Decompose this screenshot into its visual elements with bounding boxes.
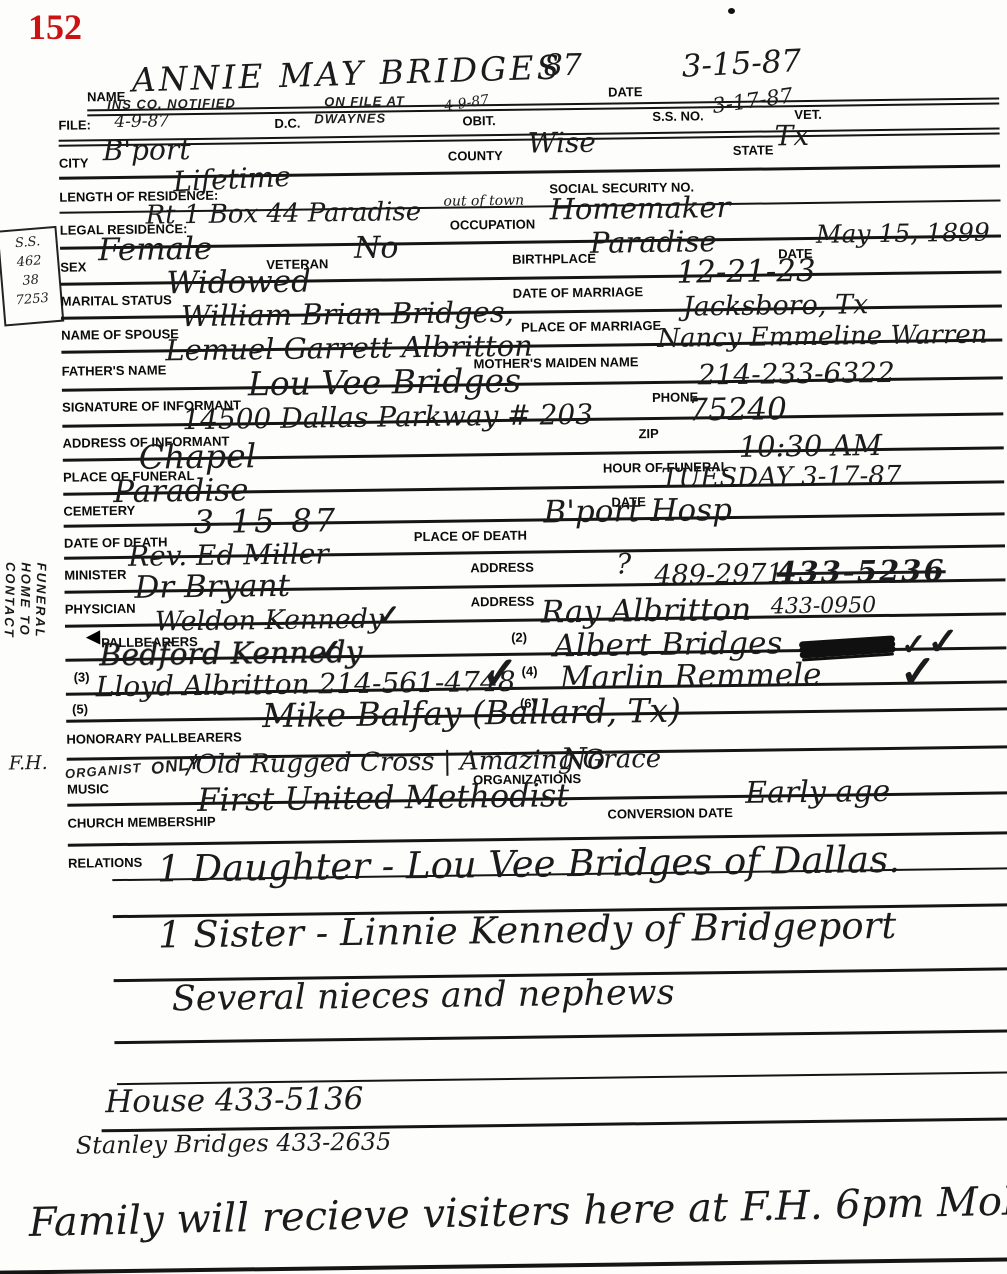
field-relations-label: RELATIONS bbox=[68, 855, 142, 871]
margin-fh-note: F.H. bbox=[9, 754, 48, 774]
field-state-label: STATE bbox=[733, 142, 774, 158]
field-city-value: B'port bbox=[103, 136, 191, 165]
pallbearer-3-number: (3) bbox=[74, 669, 90, 684]
field-marriage-place-value: Jacksboro, Tx bbox=[683, 291, 869, 320]
field-city-label: CITY bbox=[59, 155, 89, 170]
field-marriage-date-label: DATE OF MARRIAGE bbox=[513, 284, 644, 301]
field-marital-value: Widowed bbox=[166, 266, 311, 299]
pallbearer-2-number: (2) bbox=[511, 630, 527, 645]
field-father-label: FATHER'S NAME bbox=[62, 362, 167, 378]
field-birthplace-label: BIRTHPLACE bbox=[512, 251, 596, 267]
field-conversion-value: Early age bbox=[745, 777, 890, 809]
field-residence-value: Lifetime bbox=[173, 163, 292, 197]
field-date-label: DATE bbox=[608, 84, 643, 99]
margin-ss-number-box: S.S. 462 38 7253 bbox=[0, 226, 64, 327]
field-phone-value: 214-233-6322 bbox=[698, 359, 895, 390]
field-marriage-date-value: 12-21-23 bbox=[676, 256, 816, 289]
field-death-place-label: PLACE OF DEATH bbox=[414, 528, 527, 544]
field-zip-label: ZIP bbox=[638, 426, 658, 441]
field-honorary-value: Mike Balfay (Ballard, Tx) bbox=[262, 694, 681, 732]
margin-ss-line: 7253 bbox=[4, 288, 61, 311]
field-church-value: First United Methodist bbox=[197, 779, 569, 816]
field-minister-label: MINISTER bbox=[64, 567, 126, 583]
field-marital-label: MARITAL STATUS bbox=[61, 292, 172, 308]
scanned-record-card: 152 S.S. 462 38 7253 FUNERAL HOME TO CON… bbox=[0, 0, 1007, 1274]
field-birthplace-value: Paradise bbox=[590, 227, 717, 258]
field-occupation-label: OCCUPATION bbox=[450, 217, 536, 233]
field-marriage-place-label: PLACE OF MARRIAGE bbox=[521, 318, 661, 335]
field-spouse-value: William Brian Bridges, bbox=[181, 298, 514, 331]
form-body: S.S. 462 38 7253 FUNERAL HOME TO CONTACT… bbox=[0, 0, 1007, 1274]
pallbearer-1: Weldon Kennedy bbox=[155, 606, 384, 636]
question-mark-note: ? bbox=[616, 550, 631, 578]
field-state-value: Tx bbox=[774, 122, 809, 150]
relation-line: 1 Daughter - Lou Vee Bridges of Dallas. bbox=[157, 841, 900, 888]
field-minister-addr-label: ADDRESS bbox=[470, 560, 534, 576]
field-physician-label: PHYSICIAN bbox=[65, 601, 136, 617]
ins-notified-note: INS CO. NOTIFIED bbox=[107, 95, 236, 112]
obit-date-note: 4-9-87 bbox=[443, 93, 490, 114]
field-cemetery-date-value: TUESDAY 3-17-87 bbox=[661, 463, 902, 492]
house-phone-note: House 433-5136 bbox=[105, 1084, 364, 1118]
field-name-age: 87 bbox=[544, 51, 583, 81]
stanley-phone-note: Stanley Bridges 433-2635 bbox=[76, 1130, 392, 1158]
pallbearer-6: Marlin Remmele bbox=[560, 660, 822, 694]
check-icon: ✓ bbox=[317, 636, 343, 666]
field-physician-addr-label: ADDRESS bbox=[471, 594, 535, 610]
field-death-date-value: 3-15-87 bbox=[193, 504, 338, 538]
field-funeral-hour-value: 10:30 AM bbox=[739, 431, 883, 462]
relation-line: Several nieces and nephews bbox=[172, 976, 675, 1018]
field-music-label: MUSIC bbox=[67, 781, 109, 797]
field-honorary-label: HONORARY PALLBEARERS bbox=[66, 729, 241, 746]
field-county-label: COUNTY bbox=[448, 148, 503, 164]
field-conversion-label: CONVERSION DATE bbox=[607, 805, 733, 822]
check-icon: ✓ bbox=[899, 650, 936, 694]
field-ssno-value: 3-17-87 bbox=[711, 85, 794, 117]
pallbearer-5-number: (5) bbox=[72, 701, 88, 716]
field-sex-value: Female bbox=[98, 234, 213, 266]
field-county-value: Wise bbox=[528, 129, 597, 158]
relation-line: 1 Sister - Linnie Kennedy of Bridgeport bbox=[158, 907, 897, 954]
field-occupation-value: Homemaker bbox=[549, 193, 730, 224]
margin-funeral-home-note: FUNERAL HOME TO CONTACT bbox=[0, 562, 49, 703]
field-informant-value: Lou Vee Bridges bbox=[248, 364, 522, 401]
field-informant-addr-value: 14500 Dallas Parkway # 203 bbox=[182, 401, 593, 434]
field-ssno-label: S.S. NO. bbox=[652, 108, 703, 124]
scan-edge-line bbox=[0, 1257, 1007, 1274]
field-name-value: ANNIE MAY BRIDGES bbox=[131, 50, 562, 96]
organist-note: ORGANIST bbox=[64, 760, 142, 781]
scribble-redaction bbox=[799, 640, 895, 653]
field-mother-value: Nancy Emmeline Warren bbox=[657, 322, 987, 352]
field-zip-value: 75240 bbox=[688, 394, 787, 426]
field-obit-label: OBIT. bbox=[462, 113, 495, 128]
field-sex-label: SEX bbox=[60, 259, 86, 274]
field-church-label: CHURCH MEMBERSHIP bbox=[67, 814, 215, 831]
check-icon: ✓ bbox=[481, 652, 518, 696]
on-file-note: ON FILE AT bbox=[324, 93, 405, 109]
bottom-visitation-note: Family will recieve visiters here at F.H… bbox=[28, 1179, 1007, 1243]
field-dc-label: D.C. bbox=[274, 116, 300, 131]
field-physician-value: Dr Bryant bbox=[134, 571, 290, 604]
field-organizations-value: No bbox=[561, 745, 606, 776]
physician-phone-2-struck: 433-5236 bbox=[776, 556, 946, 587]
pallbearer-4-number: (4) bbox=[522, 664, 538, 679]
check-icon: ✓ bbox=[377, 601, 401, 629]
field-spouse-label: NAME OF SPOUSE bbox=[61, 326, 179, 343]
rule-line bbox=[114, 1029, 1007, 1044]
field-veteran-value: No bbox=[354, 233, 399, 264]
field-funeral-place-value: Chapel bbox=[139, 439, 257, 474]
field-dc-value: DWAYNES bbox=[314, 110, 386, 126]
field-file-label: FILE: bbox=[58, 117, 91, 132]
field-legal-value: Rt 1 Box 44 Paradise bbox=[145, 199, 421, 229]
pallbearer-2-phone: 433-0950 bbox=[771, 595, 877, 618]
field-minister-value: Rev. Ed Miller bbox=[128, 540, 329, 571]
field-date-value: 3-15-87 bbox=[681, 46, 802, 83]
field-birthdate-value: May 15, 1899 bbox=[816, 220, 990, 247]
physician-phone-1: 489-2971 bbox=[654, 560, 784, 589]
field-death-place-value: B'port Hosp bbox=[543, 495, 732, 528]
out-of-town-note: out of town bbox=[443, 194, 524, 209]
field-file-value: 4-9-87 bbox=[114, 113, 169, 131]
pallbearer-2: Ray Albritton bbox=[541, 595, 752, 629]
